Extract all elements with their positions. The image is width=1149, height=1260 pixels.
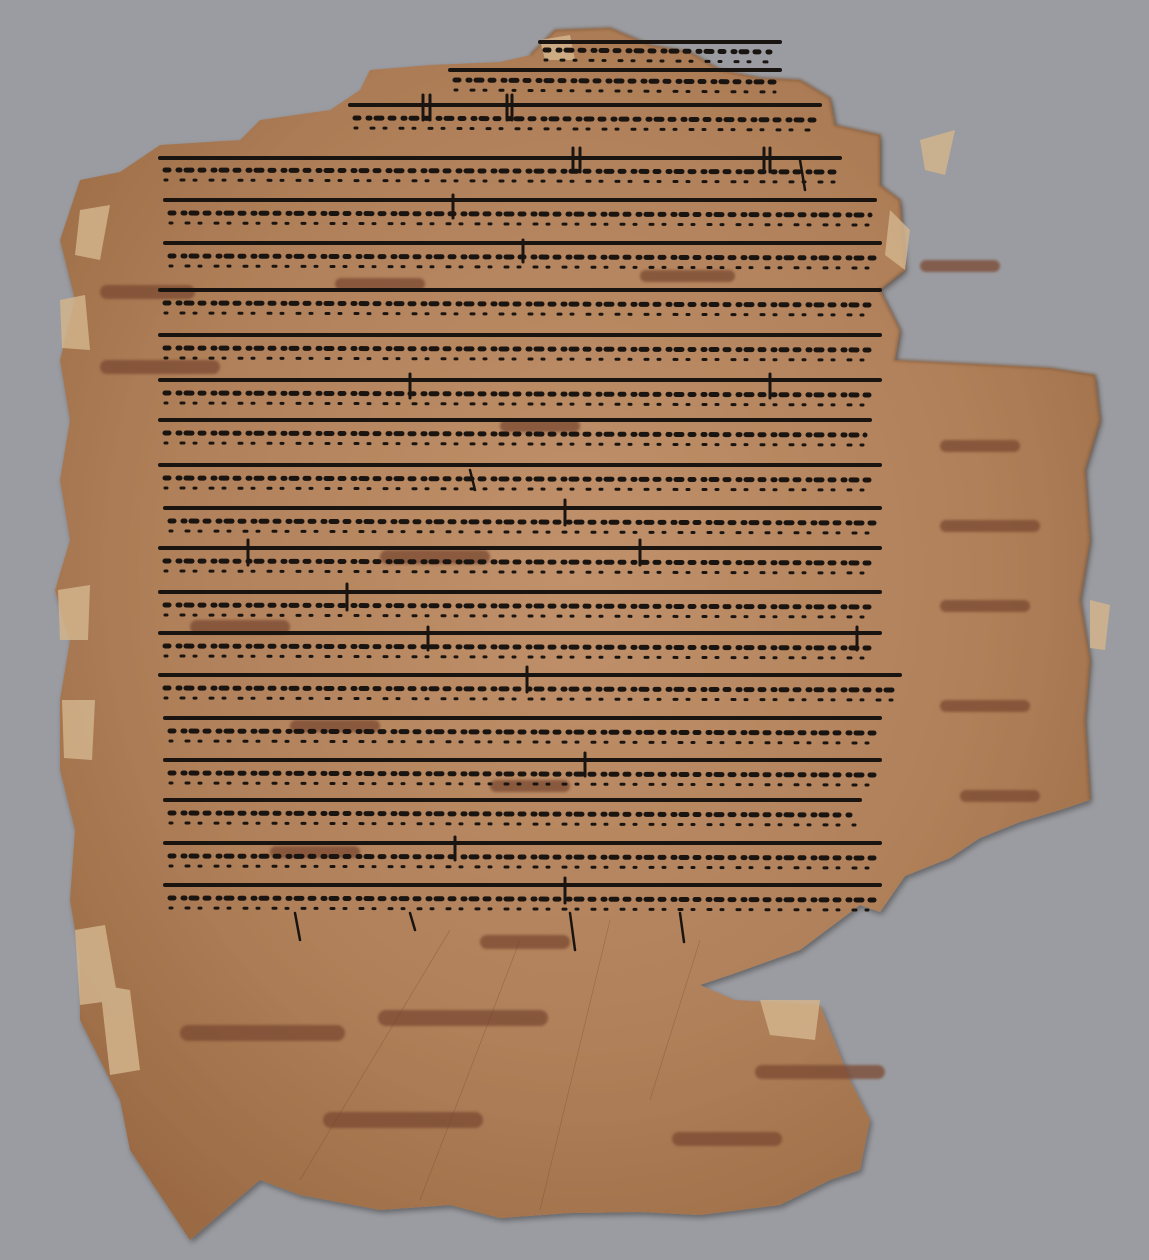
manuscript-photo [0,0,1149,1260]
